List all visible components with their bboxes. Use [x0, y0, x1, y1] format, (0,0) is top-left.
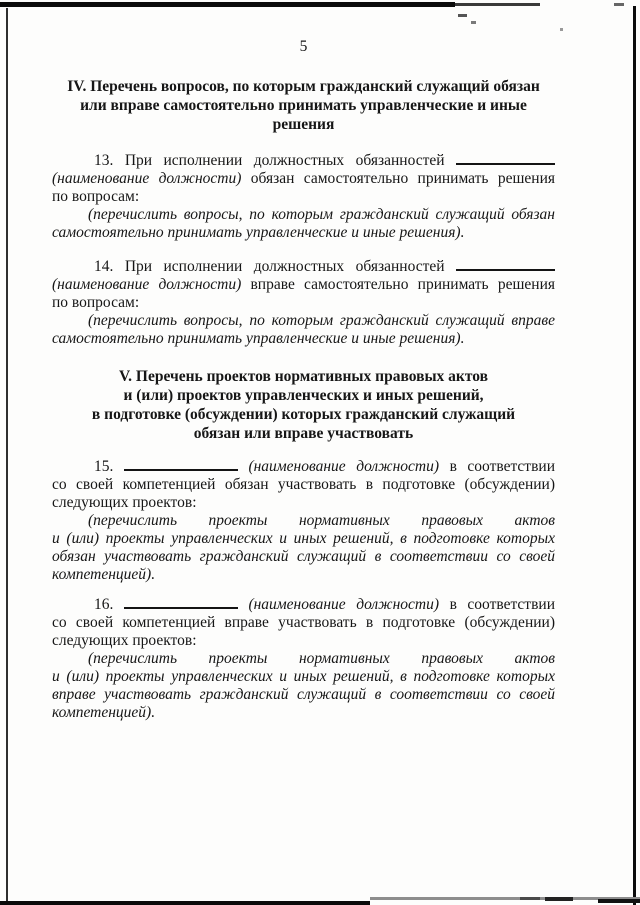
heading-line: V. Перечень проектов нормативных правовы… [52, 367, 555, 386]
page-number: 5 [52, 38, 555, 56]
paragraph-line: со своей компетенцией вправе участвовать… [52, 614, 555, 632]
instruction-line: (перечислить проекты нормативных правовы… [52, 512, 555, 530]
scan-speck [458, 14, 467, 17]
scan-edge-right [633, 6, 636, 905]
blank-underline [124, 594, 238, 609]
instruction-line: компетенцией). [52, 566, 555, 584]
paragraph-16: 16. (наименование должности) в соответст… [52, 594, 555, 722]
scan-edge-left [6, 8, 8, 905]
field-caption: (наименование должности) [248, 596, 439, 613]
instruction-line: самостоятельно принимать управленческие … [52, 224, 555, 242]
field-caption: (наименование должности) [52, 170, 241, 187]
blank-underline [124, 456, 238, 471]
paragraph-line: (наименование должности) обязан самостоя… [52, 170, 555, 188]
instruction-line: (перечислить вопросы, по которым граждан… [52, 312, 555, 330]
body-text: обязан самостоятельно принимать решения [251, 170, 555, 187]
heading-line: решения [52, 115, 555, 134]
field-caption: (наименование должности) [52, 276, 241, 293]
paragraph-line: по вопросам: [52, 294, 555, 312]
scan-edge-bottom [0, 901, 370, 905]
scan-edge-bottom-seg [545, 897, 573, 901]
document-page: 5 IV. Перечень вопросов, по которым граж… [0, 0, 640, 905]
instruction-line: и (или) проекты управленческих и иных ре… [52, 668, 555, 686]
paragraph-14: 14. При исполнении должностных обязаннос… [52, 256, 555, 348]
paragraph-line: 13. При исполнении должностных обязаннос… [52, 150, 555, 170]
body-text: 13. При исполнении должностных обязаннос… [94, 152, 445, 169]
scan-edge-bottom-seg [520, 897, 540, 900]
paragraph-line: 15. (наименование должности) в соответст… [52, 456, 555, 476]
field-caption: (наименование должности) [248, 458, 439, 475]
instruction-line: (перечислить вопросы, по которым граждан… [52, 206, 555, 224]
instruction-line: самостоятельно принимать управленческие … [52, 330, 555, 348]
paragraph-15: 15. (наименование должности) в соответст… [52, 456, 555, 584]
body-text: 14. При исполнении должностных обязаннос… [94, 258, 445, 275]
heading-line: и (или) проектов управленческих и иных р… [52, 386, 555, 405]
body-text: вправе самостоятельно принимать решения [250, 276, 555, 293]
scan-edge-bottom-faint [370, 897, 640, 900]
paragraph-line: 16. (наименование должности) в соответст… [52, 594, 555, 614]
scan-edge-top [0, 2, 455, 7]
paragraph-13: 13. При исполнении должностных обязаннос… [52, 150, 555, 242]
scan-speck [614, 3, 624, 6]
heading-line: IV. Перечень вопросов, по которым гражда… [52, 77, 555, 96]
text-column: 5 IV. Перечень вопросов, по которым граж… [52, 38, 555, 722]
scan-speck [471, 21, 476, 24]
paragraph-line: следующих проектов: [52, 632, 555, 650]
section-v-heading: V. Перечень проектов нормативных правовы… [52, 367, 555, 443]
blank-underline [456, 256, 555, 271]
instruction-line: и (или) проекты управленческих и иных ре… [52, 530, 555, 548]
scan-edge-bottom-seg [598, 899, 640, 903]
body-text: 15. [94, 458, 113, 475]
paragraph-line: 14. При исполнении должностных обязаннос… [52, 256, 555, 276]
instruction-line: обязан участвовать гражданский служащий … [52, 548, 555, 566]
instruction-line: компетенцией). [52, 704, 555, 722]
blank-underline [456, 150, 555, 165]
paragraph-line: со своей компетенцией обязан участвовать… [52, 476, 555, 494]
section-iv-heading: IV. Перечень вопросов, по которым гражда… [52, 77, 555, 134]
paragraph-line: по вопросам: [52, 188, 555, 206]
paragraph-line: (наименование должности) вправе самостоя… [52, 276, 555, 294]
paragraph-line: следующих проектов: [52, 494, 555, 512]
scan-edge-top-faint [455, 3, 540, 6]
body-text: 16. [94, 596, 113, 613]
body-text: в соответствии [450, 596, 555, 613]
scan-speck [560, 28, 563, 31]
body-text: в соответствии [450, 458, 555, 475]
instruction-line: вправе участвовать гражданский служащий … [52, 686, 555, 704]
heading-line: обязан или вправе участвовать [52, 424, 555, 443]
heading-line: или вправе самостоятельно принимать упра… [52, 96, 555, 115]
heading-line: в подготовке (обсуждении) которых гражда… [52, 405, 555, 424]
instruction-line: (перечислить проекты нормативных правовы… [52, 650, 555, 668]
